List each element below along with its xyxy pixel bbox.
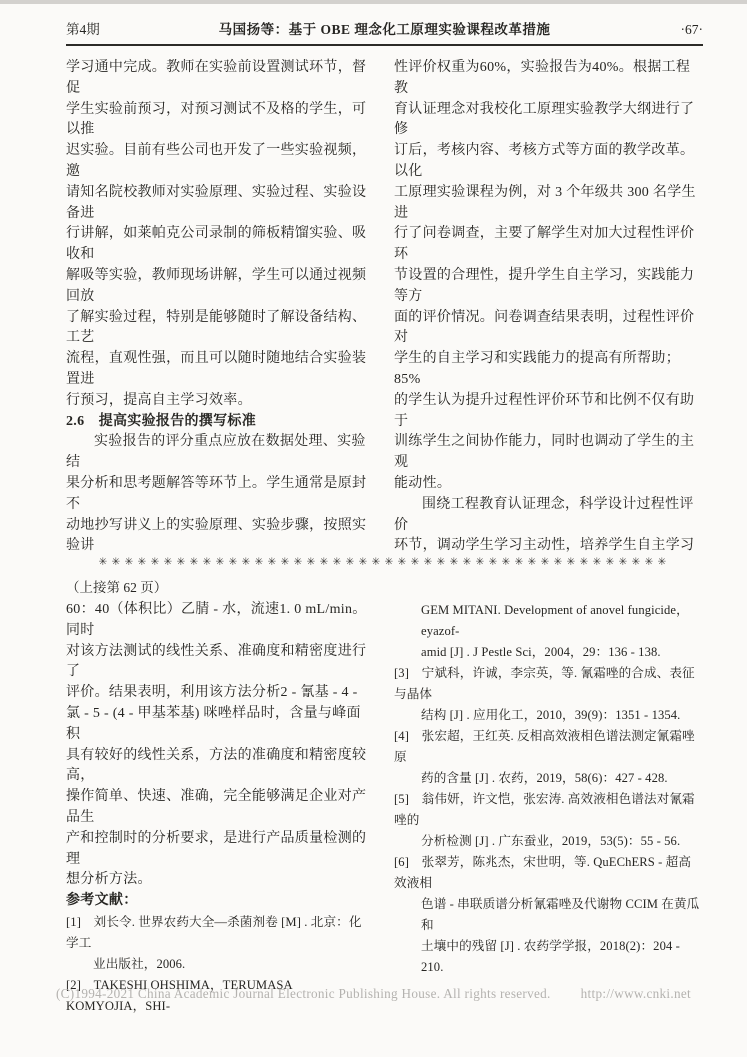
text-line: 行讲解，如莱帕克公司录制的筛板精馏实验、吸收和 bbox=[66, 224, 374, 266]
text-line: 氯 - 5 - (4 - 甲基苯基) 咪唑样品时，含量与峰面积 bbox=[66, 704, 374, 746]
text-line: [1] 刘长令. 世界农药大全—杀菌剂卷 [M] . 北京：化学工 bbox=[66, 912, 374, 954]
text-line: 分析检测 [J] . 广东蚕业，2019，53(5)：55 - 56. bbox=[394, 831, 702, 852]
main-article: 学习通中完成。教师在实验前设置测试环节，督促学生实验前预习，对预习测试不及格的学… bbox=[66, 58, 703, 555]
text-line: 性评价权重为60%，实验报告为40%。根据工程教 bbox=[394, 58, 702, 100]
text-line: GEM MITANI. Development of anovel fungic… bbox=[394, 600, 702, 642]
text-line: 学生的自主学习和实践能力的提高有所帮助；85% bbox=[394, 349, 702, 391]
main-left-column: 学习通中完成。教师在实验前设置测试环节，督促学生实验前预习，对预习测试不及格的学… bbox=[66, 58, 374, 555]
text-line: 土壤中的残留 [J] . 农药学学报，2018(2)：204 - 210. bbox=[394, 936, 702, 978]
text-line: 节设置的合理性，提升学生自主学习，实践能力等方 bbox=[394, 266, 702, 308]
text-line: 想分析方法。 bbox=[66, 870, 374, 891]
text-line: 面的评价情况。问卷调查结果表明，过程性评价对 bbox=[394, 308, 702, 350]
running-title: 马国扬等：基于 OBE 理念化工原理实验课程改革措施 bbox=[156, 18, 613, 38]
text-line: 参考文献： bbox=[66, 891, 374, 912]
continued-article: 60：40（体积比）乙腈 - 水，流速1. 0 mL/min。同时对该方法测试的… bbox=[66, 600, 703, 1017]
text-line: 迟实验。目前有些公司也开发了一些实验视频，邀 bbox=[66, 141, 374, 183]
text-line: 学生实验前预习，对预习测试不及格的学生，可以推 bbox=[66, 100, 374, 142]
text-line: 评价。结果表明，利用该方法分析2 - 氰基 - 4 - bbox=[66, 683, 374, 704]
text-line: 订后，考核内容、考核方式等方面的教学改革。以化 bbox=[394, 141, 702, 183]
journal-page: 第4期 马国扬等：基于 OBE 理念化工原理实验课程改革措施 ·67· 学习通中… bbox=[0, 0, 747, 1057]
text-line: 实验报告的评分重点应放在数据处理、实验结 bbox=[66, 432, 374, 474]
page-header: 第4期 马国扬等：基于 OBE 理念化工原理实验课程改革措施 ·67· bbox=[66, 4, 703, 38]
text-line: 工原理实验课程为例，对 3 个年级共 300 名学生进 bbox=[394, 183, 702, 225]
text-line: 操作简单、快速、准确，完全能够满足企业对产品生 bbox=[66, 787, 374, 829]
text-line: [4] 张宏超，王红英. 反相高效液相色谱法测定氰霜唑原 bbox=[394, 726, 702, 768]
text-line: 环节，调动学生学习主动性，培养学生自主学习能力 bbox=[394, 536, 702, 555]
text-line: 药的含量 [J] . 农药，2019，58(6)：427 - 428. bbox=[394, 768, 702, 789]
text-line: 围绕工程教育认证理念，科学设计过程性评价 bbox=[394, 495, 702, 537]
text-line: [5] 翁伟妍，许文恺，张宏涛. 高效液相色谱法对氰霜唑的 bbox=[394, 789, 702, 831]
text-line: 解吸等实验，教师现场讲解，学生可以通过视频回放 bbox=[66, 266, 374, 308]
text-line: [6] 张翠芳，陈兆杰，宋世明，等. QuEChERS - 超高效液相 bbox=[394, 852, 702, 894]
text-line: 的学生认为提升过程性评价环节和比例不仅有助于 bbox=[394, 391, 702, 433]
article-separator-ornament: ✳✳✳✳✳✳✳✳✳✳✳✳✳✳✳✳✳✳✳✳✳✳✳✳✳✳✳✳✳✳✳✳✳✳✳✳✳✳✳✳… bbox=[66, 555, 703, 569]
issue-number: 第4期 bbox=[66, 18, 156, 38]
text-line: 业出版社，2006. bbox=[66, 954, 374, 975]
text-line: 学习通中完成。教师在实验前设置测试环节，督促 bbox=[66, 58, 374, 100]
text-line: 育认证理念对我校化工原理实验教学大纲进行了修 bbox=[394, 100, 702, 142]
text-line: amid [J] . J Pestle Sci，2004，29：136 - 13… bbox=[394, 642, 702, 663]
page-number: ·67· bbox=[613, 22, 703, 38]
text-line: 对该方法测试的线性关系、准确度和精密度进行了 bbox=[66, 642, 374, 684]
text-line: 动地抄写讲义上的实验原理、实验步骤，按照实验讲 bbox=[66, 516, 374, 555]
cnki-copyright-footer: (C)1994-2021 China Academic Journal Elec… bbox=[0, 986, 747, 1002]
text-line: [3] 宁斌科，许诚，李宗英，等. 氰霜唑的合成、表征与晶体 bbox=[394, 663, 702, 705]
text-line: 结构 [J] . 应用化工，2010，39(9)：1351 - 1354. bbox=[394, 705, 702, 726]
text-line: 流程，直观性强，而且可以随时随地结合实验装置进 bbox=[66, 349, 374, 391]
text-line: 行了问卷调查，主要了解学生对加大过程性评价环 bbox=[394, 224, 702, 266]
bottom-left-column: 60：40（体积比）乙腈 - 水，流速1. 0 mL/min。同时对该方法测试的… bbox=[66, 600, 374, 1017]
text-line: 能动性。 bbox=[394, 474, 702, 495]
text-line: 训练学生之间协作能力，同时也调动了学生的主观 bbox=[394, 432, 702, 474]
continued-from-note: （上接第 62 页） bbox=[66, 578, 703, 598]
text-line: 具有较好的线性关系，方法的准确度和精密度较高， bbox=[66, 746, 374, 788]
text-line: 色谱 - 串联质谱分析氰霜唑及代谢物 CCIM 在黄瓜和 bbox=[394, 894, 702, 936]
bottom-right-column: GEM MITANI. Development of anovel fungic… bbox=[394, 600, 702, 1017]
main-right-column: 性评价权重为60%，实验报告为40%。根据工程教育认证理念对我校化工原理实验教学… bbox=[394, 58, 702, 555]
cnki-url: http://www.cnki.net bbox=[581, 986, 691, 1002]
text-line: 请知名院校教师对实验原理、实验过程、实验设备进 bbox=[66, 183, 374, 225]
text-line: 了解实验过程，特别是能够随时了解设备结构、工艺 bbox=[66, 308, 374, 350]
text-line: 行预习，提高自主学习效率。 bbox=[66, 391, 374, 412]
text-line: 产和控制时的分析要求，是进行产品质量检测的理 bbox=[66, 829, 374, 871]
text-line: 2.6 提高实验报告的撰写标准 bbox=[66, 412, 374, 433]
header-rule bbox=[66, 44, 703, 46]
text-line: 果分析和思考题解答等环节上。学生通常是原封不 bbox=[66, 474, 374, 516]
text-line: 60：40（体积比）乙腈 - 水，流速1. 0 mL/min。同时 bbox=[66, 600, 374, 642]
copyright-text: (C)1994-2021 China Academic Journal Elec… bbox=[56, 986, 551, 1002]
